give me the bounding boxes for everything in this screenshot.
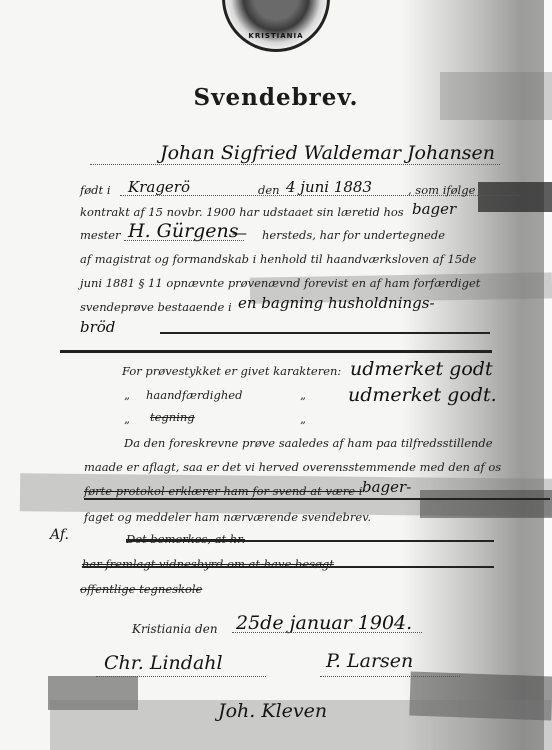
signature-2: P. Larsen	[326, 650, 413, 672]
kristiania-seal-icon	[222, 0, 330, 52]
para-line-2: maade er aflagt, saa er det vi herved ov…	[84, 460, 501, 474]
document-title: Svendebrev.	[0, 84, 552, 111]
grade-label-2: tegning	[150, 410, 195, 424]
document-page: KRISTIANIA Svendebrev. Johan Sigfried Wa…	[0, 0, 552, 750]
margin-note: Af.	[50, 527, 69, 543]
as-per-label: , som ifølge	[408, 183, 475, 197]
body-line-4: af magistrat og formandskab i henhold ti…	[80, 252, 476, 266]
closing-date: 25de januar 1904.	[236, 612, 412, 634]
para-line-1: Da den foreskrevne prøve saaledes af ham…	[124, 436, 493, 450]
tape-strip	[420, 490, 552, 518]
signature-3: Joh. Kleven	[218, 700, 327, 722]
master-name: H. Gürgens	[128, 220, 239, 242]
struck-line-2: har fremlagt vidnesbyrd om at have besøg…	[82, 557, 334, 571]
struck-line-1: Det bemerkes, at hr.	[126, 532, 245, 546]
body-line-5: juni 1881 § 11 opnævnte prøvenævnd forev…	[80, 276, 480, 290]
tape-strip	[478, 182, 552, 212]
grade-label-0: For prøvestykket er givet karakteren:	[122, 364, 341, 378]
born-label: født i	[80, 183, 111, 197]
grade-value-0: udmerket godt	[350, 358, 493, 380]
contract-line: kontrakt af 15 novbr. 1900 har udstaaet …	[80, 205, 404, 219]
birthplace: Kragerö	[128, 178, 190, 196]
body-line-6: svendeprøve bestaaende i	[80, 300, 232, 314]
seal-text: KRISTIANIA	[246, 32, 306, 40]
date-prefix: den	[258, 183, 280, 197]
master-label: mester	[80, 228, 121, 242]
grade-label-1: haandfærdighed	[146, 388, 242, 402]
para-trade: bager-	[362, 478, 411, 496]
apprentice-name: Johan Sigfried Waldemar Johansen	[160, 142, 495, 164]
struck-line-3: offentlige tegneskole	[80, 582, 202, 596]
birthdate: 4 juni 1883	[286, 178, 372, 196]
trade-handwritten: bager	[412, 200, 456, 218]
test-piece-2: bröd	[80, 318, 115, 336]
closing-place: Kristiania den	[132, 622, 218, 636]
signature-1: Chr. Lindahl	[104, 652, 223, 674]
para-line-4: faget og meddeler ham nærværende svendeb…	[84, 510, 371, 524]
para-line-3: førte protokol erklærer ham for svend at…	[84, 484, 362, 498]
grade-value-1: udmerket godt.	[348, 384, 497, 406]
body-line-3: hersteds, har for undertegnede	[262, 228, 445, 242]
test-piece-1: en bagning husholdnings-	[238, 294, 435, 312]
